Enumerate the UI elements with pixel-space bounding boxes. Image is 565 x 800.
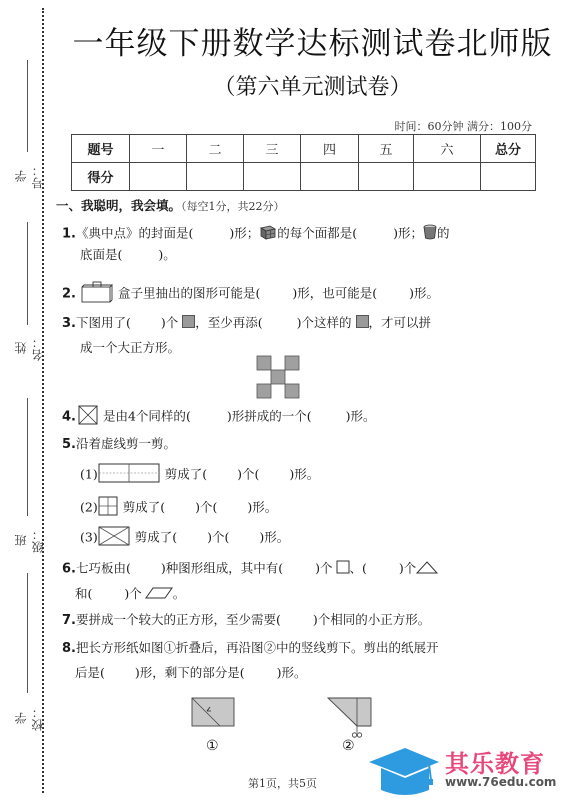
- q3-text-b: )个: [161, 315, 178, 330]
- section-1-note: （每空1分，共22分）: [181, 200, 285, 213]
- q1-text-d: )形；: [393, 226, 423, 241]
- score-cell-6[interactable]: [414, 163, 481, 191]
- brand-name: 其乐教育: [445, 744, 545, 779]
- question-5-3: (3)剪成了()个()形。: [80, 526, 289, 550]
- question-7: 7.要拼成一个较大的正方形，至少需要()个相同的小正方形。: [62, 612, 430, 629]
- school-label: 学校：: [12, 700, 34, 736]
- q7-text-b: )个相同的小正方形。: [313, 612, 430, 627]
- score-table: 题号 一 二 三 四 五 六 总分 得分: [71, 134, 536, 191]
- q6-text-d: 、(: [350, 561, 367, 576]
- box-icon: [80, 281, 114, 307]
- question-1: 1.《典中点》的封面是()形；的每个面都是()形；的: [62, 224, 450, 244]
- q5-1-text-a: 剪成了(: [165, 467, 207, 482]
- page-title: 一年级下册数学达标测试卷北师版: [60, 18, 565, 63]
- question-8-line-2: 后是()形，剩下的部分是()形。: [75, 665, 307, 681]
- five-squares-figure: [256, 355, 300, 403]
- q1-text-g: )。: [158, 247, 175, 262]
- q6-text-f: 和(: [75, 586, 92, 601]
- q8-text-b: 后是(: [75, 665, 105, 680]
- q2-text-b: )形，也可能是(: [292, 286, 377, 301]
- student-name-label: 姓名：: [12, 330, 34, 366]
- q2-text-a: 盒子里抽出的图形可能是(: [118, 286, 260, 301]
- question-5: 5.沿着虚线剪一剪。: [62, 436, 176, 453]
- fold-figure-1: [191, 697, 235, 731]
- q3-text-d: )个这样的: [297, 315, 352, 330]
- score-table-score-row: 得分: [72, 163, 536, 191]
- gray-square-icon: [182, 315, 195, 328]
- time-and-score-info: 时间：60分钟 满分：100分: [395, 118, 533, 134]
- q1-text-e: 的: [437, 226, 450, 241]
- school-line: [27, 573, 28, 693]
- q4-text-c: )形。: [346, 409, 376, 424]
- q5-2-text-a: 剪成了(: [123, 500, 165, 515]
- q3-number: 3.: [62, 316, 76, 331]
- q5-1-label: (1): [80, 467, 98, 482]
- q5-3-text-a: 剪成了(: [135, 530, 177, 545]
- q5-2-text-b: )个(: [195, 500, 217, 515]
- class-label: 班级：: [12, 522, 34, 558]
- class-line: [27, 398, 28, 516]
- graduation-cap-icon: [365, 744, 443, 798]
- q6-text-g: )个: [124, 586, 141, 601]
- watermark-logo: 其乐教育 www.76edu.com: [365, 740, 565, 800]
- square-cut-in-four-icon: [98, 496, 118, 520]
- q2-number: 2.: [62, 287, 76, 302]
- question-2: 2.盒子里抽出的图形可能是()形，也可能是()形。: [62, 281, 439, 307]
- score-cell-5[interactable]: [359, 163, 414, 191]
- student-id-label: 学号：: [12, 158, 34, 194]
- header-cell-2: 二: [187, 135, 244, 163]
- score-row-label: 得分: [72, 163, 130, 191]
- q3-text-e: ，才可以拼: [369, 315, 432, 330]
- score-cell-total[interactable]: [481, 163, 536, 191]
- binding-dotted-line: [42, 8, 44, 793]
- q2-text-c: )形。: [409, 286, 439, 301]
- rectangle-diagonals-icon: [98, 526, 130, 550]
- brand-url: www.76edu.com: [445, 775, 556, 789]
- question-6-line-2: 和()个。: [75, 586, 185, 603]
- q6-text-b: )种图形组成，其中有(: [161, 561, 283, 576]
- q6-text-a: 七巧板由(: [76, 561, 131, 576]
- q6-text-h: 。: [173, 586, 186, 601]
- score-cell-4[interactable]: [301, 163, 359, 191]
- q6-text-c: )个: [315, 561, 332, 576]
- q6-number: 6.: [62, 562, 76, 577]
- q5-1-text-c: )形。: [289, 467, 319, 482]
- q4-number: 4.: [62, 410, 76, 425]
- question-5-2: (2)剪成了()个()形。: [80, 496, 277, 520]
- square-with-diagonals-icon: [78, 405, 98, 429]
- cup-icon: [423, 224, 437, 244]
- score-cell-2[interactable]: [187, 163, 244, 191]
- gray-square-icon: [356, 315, 369, 328]
- student-id-line: [27, 60, 28, 152]
- triangle-shape-icon: [416, 561, 438, 578]
- rectangle-cut-in-half-icon: [98, 463, 160, 487]
- section-1-title: 一、我聪明，我会填。: [56, 198, 181, 213]
- question-3-line-2: 成一个大正方形。: [80, 340, 180, 356]
- q3-text-c: ，至少再添(: [195, 315, 262, 330]
- figure-2-label: ②: [342, 738, 355, 754]
- cube-icon: [259, 224, 277, 244]
- q1-text-f: 底面是(: [80, 247, 122, 262]
- question-5-1: (1)剪成了()个()形。: [80, 463, 319, 487]
- score-table-header-row: 题号 一 二 三 四 五 六 总分: [72, 135, 536, 163]
- q1-text-a: 《典中点》的封面是(: [76, 226, 193, 241]
- q4-text-a: 是由4个同样的(: [103, 409, 191, 424]
- q8-text-a: 把长方形纸如图①折叠后，再沿图②中的竖线剪下。剪出的纸展开: [76, 640, 439, 655]
- question-3: 3.下图用了()个 ，至少再添()个这样的 ，才可以拼: [62, 315, 431, 332]
- q1-text-b: )形；: [229, 226, 259, 241]
- parallelogram-shape-icon: [145, 587, 173, 603]
- q5-3-label: (3): [80, 530, 98, 545]
- page-subtitle: （第六单元测试卷）: [60, 70, 565, 101]
- header-cell-6: 六: [414, 135, 481, 163]
- section-1-heading: 一、我聪明，我会填。（每空1分，共22分）: [56, 198, 285, 215]
- q7-number: 7.: [62, 613, 76, 628]
- q5-1-text-b: )个(: [237, 467, 259, 482]
- q5-2-text-c: )形。: [247, 500, 277, 515]
- q8-number: 8.: [62, 641, 76, 656]
- header-cell-4: 四: [301, 135, 359, 163]
- question-6: 6.七巧板由()种图形组成，其中有()个、()个: [62, 560, 438, 578]
- q8-text-d: )形。: [277, 665, 307, 680]
- figure-1-label: ①: [206, 738, 219, 754]
- header-cell-5: 五: [359, 135, 414, 163]
- header-cell-1: 一: [130, 135, 187, 163]
- q5-number: 5.: [62, 437, 76, 452]
- header-cell-total: 总分: [481, 135, 536, 163]
- q1-number: 1.: [62, 227, 76, 242]
- header-cell-3: 三: [244, 135, 301, 163]
- q5-3-text-c: )形。: [259, 530, 289, 545]
- question-8: 8.把长方形纸如图①折叠后，再沿图②中的竖线剪下。剪出的纸展开: [62, 640, 439, 657]
- q5-2-label: (2): [80, 500, 98, 515]
- q8-text-c: )形，剩下的部分是(: [135, 665, 245, 680]
- q3-text-a: 下图用了(: [76, 315, 131, 330]
- q6-text-e: )个: [399, 561, 416, 576]
- square-shape-icon: [336, 560, 350, 578]
- q4-text-b: )形拼成的一个(: [227, 409, 312, 424]
- score-cell-1[interactable]: [130, 163, 187, 191]
- student-name-line: [27, 222, 28, 325]
- question-1-line-2: 底面是()。: [80, 247, 176, 263]
- q5-text: 沿着虚线剪一剪。: [76, 436, 176, 451]
- question-4: 4.是由4个同样的()形拼成的一个()形。: [62, 405, 375, 429]
- q1-text-c: 的每个面都是(: [277, 226, 357, 241]
- header-cell-question-no: 题号: [72, 135, 130, 163]
- score-cell-3[interactable]: [244, 163, 301, 191]
- q5-3-text-b: )个(: [207, 530, 229, 545]
- q7-text-a: 要拼成一个较大的正方形，至少需要(: [76, 612, 281, 627]
